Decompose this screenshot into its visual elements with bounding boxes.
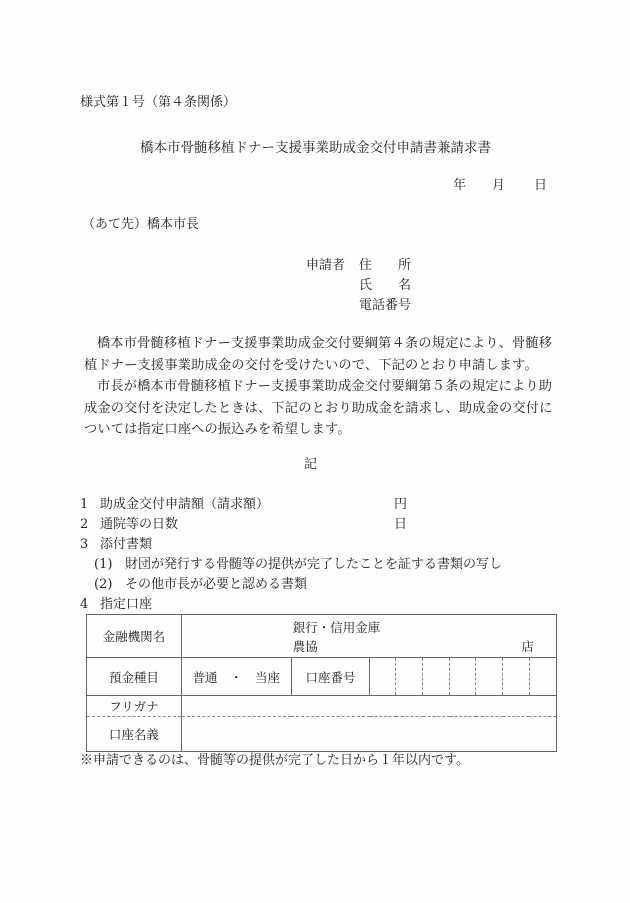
item-num: 3 — [80, 537, 88, 552]
institution-label: 金融機関名 — [87, 615, 182, 658]
phone-label: 電話番号 — [359, 298, 411, 314]
applicant-label: 申請者 — [306, 258, 345, 274]
footnote: ※申請できるのは、骨髄等の提供が完了した日から１年以内です。 — [80, 753, 469, 769]
deposit-row: 預金種目 普通 ・ 当座 口座番号 — [87, 658, 557, 696]
attachment-text: その他市長が必要と認める書類 — [125, 577, 307, 593]
attachment-num: (2) — [94, 577, 112, 592]
item-label: 通院等の日数 — [100, 517, 178, 533]
item-unit: 円 — [394, 497, 407, 513]
date-line: 年 月 日 — [453, 178, 466, 194]
attachment-1: (1) 財団が発行する骨髄等の提供が完了したことを証する書類の写し — [94, 557, 112, 573]
ki-heading: 記 — [304, 457, 317, 473]
account-digit-2[interactable] — [396, 658, 423, 696]
institution-types-line1: 銀行・信用金庫 — [293, 620, 381, 636]
account-digit-1[interactable] — [370, 658, 396, 696]
account-digit-6[interactable] — [503, 658, 530, 696]
date-year: 年 — [453, 178, 466, 193]
account-number-label: 口座番号 — [291, 658, 370, 696]
item-label: 指定口座 — [100, 597, 152, 613]
holder-row: 口座名義 — [87, 717, 557, 752]
account-digit-5[interactable] — [476, 658, 503, 696]
institution-row: 金融機関名 銀行・信用金庫 農協 店 — [87, 615, 557, 658]
body-paragraph-1: 橋本市骨髄移植ドナー支援事業助成金交付要綱第４条の規定により、骨髄移植ドナー支援… — [84, 333, 559, 376]
item-num: 2 — [80, 517, 88, 532]
addressee: （あて先）橋本市長 — [82, 217, 199, 233]
body-paragraph-2: 市長が橋本市骨髄移植ドナー支援事業助成金交付要綱第５条の規定により助成金の交付を… — [84, 376, 559, 441]
institution-field[interactable]: 銀行・信用金庫 農協 店 — [181, 615, 556, 658]
item-label: 助成金交付申請額（請求額） — [100, 497, 269, 513]
institution-types-line2: 農協 — [293, 639, 318, 655]
form-number: 様式第１号（第４条関係） — [80, 95, 236, 111]
item-2: 2 通院等の日数 日 — [80, 517, 88, 533]
item-4: 4 指定口座 — [80, 597, 88, 613]
deposit-type-label: 預金種目 — [87, 658, 182, 696]
furigana-label: フリガナ — [87, 696, 182, 717]
item-3: 3 添付書類 — [80, 537, 88, 553]
item-num: 1 — [80, 497, 88, 512]
furigana-field[interactable] — [181, 696, 556, 717]
item-unit: 日 — [394, 517, 407, 533]
account-digit-4[interactable] — [450, 658, 476, 696]
holder-label: 口座名義 — [87, 717, 182, 752]
body-text: 橋本市骨髄移植ドナー支援事業助成金交付要綱第４条の規定により、骨髄移植ドナー支援… — [84, 333, 559, 441]
address-label: 住 所 — [359, 258, 411, 274]
item-label: 添付書類 — [100, 537, 152, 553]
attachment-num: (1) — [94, 557, 112, 572]
item-1: 1 助成金交付申請額（請求額） 円 — [80, 497, 88, 513]
branch-suffix: 店 — [521, 639, 534, 655]
holder-field[interactable] — [181, 717, 556, 752]
deposit-type-options[interactable]: 普通 ・ 当座 — [181, 658, 291, 696]
date-month: 月 — [492, 178, 505, 194]
item-num: 4 — [80, 597, 88, 612]
date-day: 日 — [534, 178, 547, 194]
attachment-text: 財団が発行する骨髄等の提供が完了したことを証する書類の写し — [125, 557, 502, 573]
attachment-2: (2) その他市長が必要と認める書類 — [94, 577, 112, 593]
document-title: 橋本市骨髄移植ドナー支援事業助成金交付申請書兼請求書 — [140, 140, 491, 156]
bank-account-table: 金融機関名 銀行・信用金庫 農協 店 預金種目 普通 ・ 当座 口座番号 フリガ… — [86, 614, 557, 752]
account-digit-3[interactable] — [423, 658, 450, 696]
account-digit-7[interactable] — [529, 658, 556, 696]
furigana-row: フリガナ — [87, 696, 557, 717]
name-label: 氏 名 — [359, 278, 411, 294]
